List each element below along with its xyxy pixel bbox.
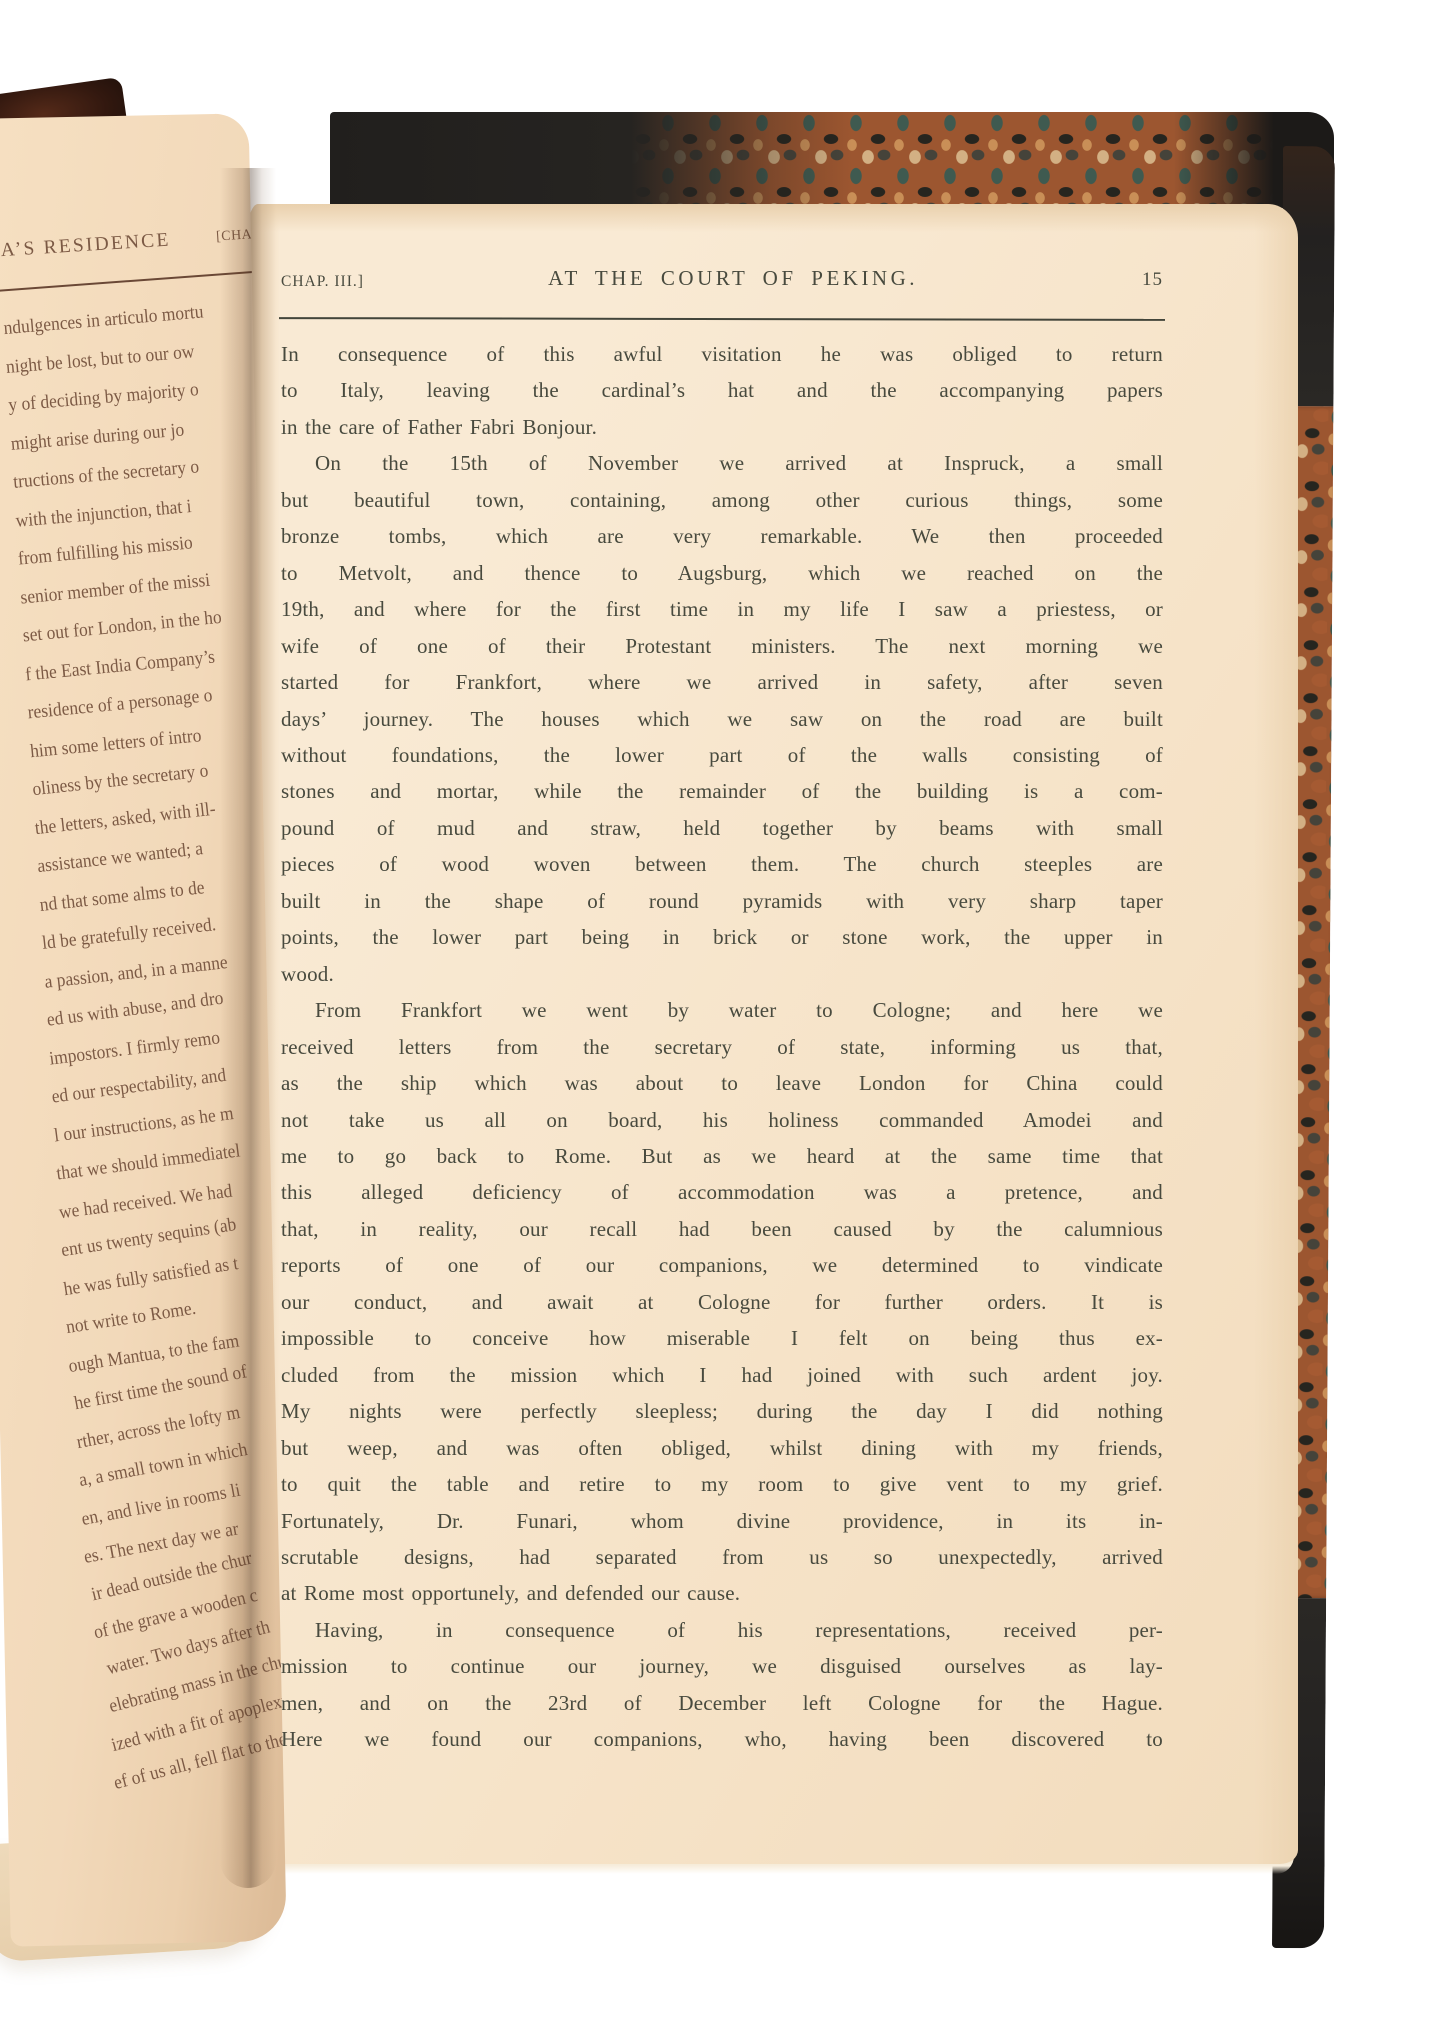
body-text-line: to Metvolt, and thence to Augsburg, whic… — [281, 555, 1163, 591]
body-text-line: points, the lower part being in brick or… — [281, 919, 1163, 955]
body-text-line: to Italy, leaving the cardinal’s hat and… — [281, 372, 1163, 408]
right-page-header: CHAP. III.] AT THE COURT OF PEKING. 15 — [281, 266, 1163, 296]
book-top-edge-marbled-board — [330, 112, 1334, 208]
body-text-line: not take us all on board, his holiness c… — [281, 1102, 1163, 1138]
left-page-text-block: ndulgences in articulo mortunight be los… — [3, 290, 287, 1809]
right-header-rule — [279, 317, 1165, 321]
body-text-line: this alleged deficiency of accommodation… — [281, 1174, 1163, 1210]
body-text-line: My nights were perfectly sleepless; duri… — [281, 1393, 1163, 1429]
body-text-line: 19th, and where for the first time in my… — [281, 591, 1163, 627]
body-text-line: scrutable designs, had separated from us… — [281, 1539, 1163, 1575]
body-text-line: stones and mortar, while the remainder o… — [281, 773, 1163, 809]
body-text-line: In consequence of this awful visitation … — [281, 336, 1163, 372]
left-chapter-bracket: [CHA — [215, 224, 252, 245]
left-running-head-text: A’S RESIDENCE — [0, 230, 171, 263]
chapter-label: CHAP. III.] — [281, 270, 364, 294]
body-text-line: wife of one of their Protestant minister… — [281, 628, 1163, 664]
body-text-line: Fortunately, Dr. Funari, whom divine pro… — [281, 1503, 1163, 1539]
body-text-line: in the care of Father Fabri Bonjour. — [281, 409, 1163, 445]
page-number: 15 — [1142, 268, 1163, 292]
body-text-line: Having, in consequence of his representa… — [281, 1612, 1163, 1648]
body-text-line: Here we found our companions, who, havin… — [281, 1721, 1163, 1757]
body-text-line: that, in reality, our recall had been ca… — [281, 1211, 1163, 1247]
body-text-line: cluded from the mission which I had join… — [281, 1357, 1163, 1393]
body-text-line: wood. — [281, 956, 1163, 992]
body-text-line: as the ship which was about to leave Lon… — [281, 1065, 1163, 1101]
body-text-line: but weep, and was often obliged, whilst … — [281, 1430, 1163, 1466]
body-text-line: reports of one of our companions, we det… — [281, 1247, 1163, 1283]
body-text-line: bronze tombs, which are very remarkable.… — [281, 518, 1163, 554]
body-text-line: From Frankfort we went by water to Colog… — [281, 992, 1163, 1028]
running-title: AT THE COURT OF PEKING. — [548, 266, 918, 290]
book-photograph: A’S RESIDENCE [CHA ndulgences in articul… — [0, 0, 1445, 2023]
body-text-line: without foundations, the lower part of t… — [281, 737, 1163, 773]
left-page: A’S RESIDENCE [CHA ndulgences in articul… — [0, 113, 287, 1946]
body-text-line: started for Frankfort, where we arrived … — [281, 664, 1163, 700]
body-text-line: at Rome most opportunely, and defended o… — [281, 1575, 1163, 1611]
body-text-line: pieces of wood woven between them. The c… — [281, 846, 1163, 882]
body-text-line: but beautiful town, containing, among ot… — [281, 482, 1163, 518]
body-text-line: built in the shape of round pyramids wit… — [281, 883, 1163, 919]
body-text-line: me to go back to Rome. But as we heard a… — [281, 1138, 1163, 1174]
left-page-content: A’S RESIDENCE [CHA ndulgences in articul… — [0, 113, 287, 1945]
right-page: CHAP. III.] AT THE COURT OF PEKING. 15 I… — [246, 204, 1298, 1864]
body-text-line: our conduct, and await at Cologne for fu… — [281, 1284, 1163, 1320]
body-text-line: received letters from the secretary of s… — [281, 1029, 1163, 1065]
body-text-line: to quit the table and retire to my room … — [281, 1466, 1163, 1502]
body-text-block: In consequence of this awful visitation … — [281, 336, 1163, 1758]
left-running-head: A’S RESIDENCE [CHA — [0, 224, 253, 262]
body-text-line: pound of mud and straw, held together by… — [281, 810, 1163, 846]
body-text-line: men, and on the 23rd of December left Co… — [281, 1685, 1163, 1721]
body-text-line: days’ journey. The houses which we saw o… — [281, 701, 1163, 737]
body-text-line: impossible to conceive how miserable I f… — [281, 1320, 1163, 1356]
left-header-rule — [0, 271, 255, 293]
body-text-line: On the 15th of November we arrived at In… — [281, 445, 1163, 481]
body-text-line: mission to continue our journey, we disg… — [281, 1648, 1163, 1684]
